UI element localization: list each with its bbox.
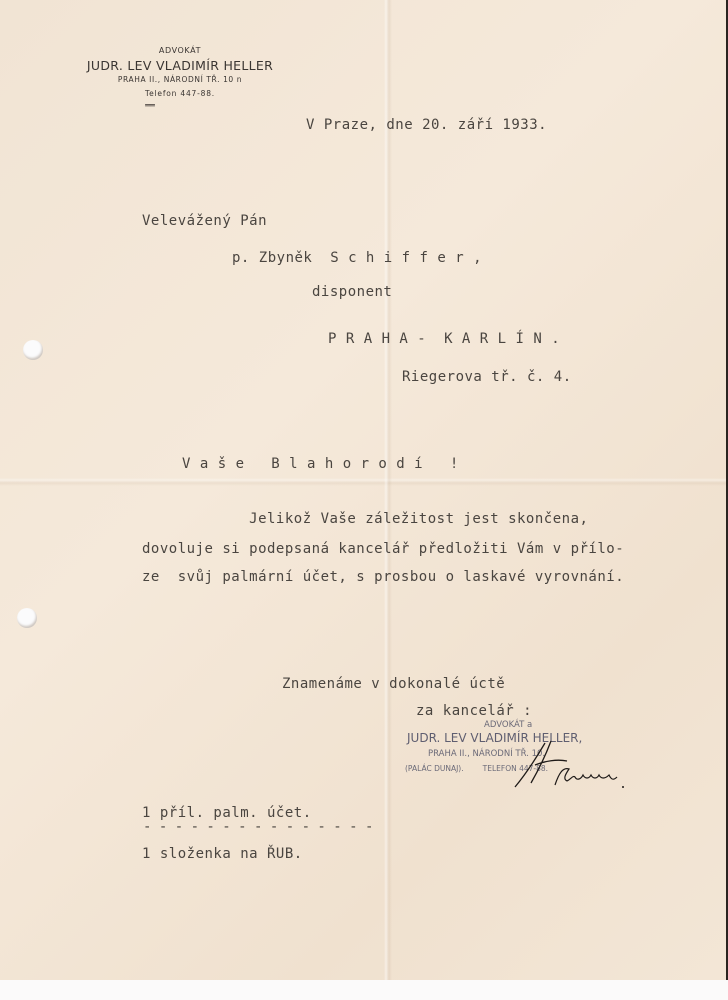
letterhead-rule: ══ (130, 101, 170, 110)
recipient-title: disponent (312, 284, 392, 300)
recipient-name: p. Zbyněk S c h i f f e r , (232, 250, 482, 266)
body-line-2: dovoluje si podepsaná kancelář předložit… (142, 541, 624, 557)
punch-hole (23, 340, 43, 360)
body-line-1: Jelikož Vaše záležitost jest skončena, (142, 511, 588, 527)
stamp-line-1: ADVOKÁT a (484, 720, 532, 730)
greeting: V a š e B l a h o r o d í ! (182, 456, 459, 472)
punch-hole (17, 608, 37, 628)
recipient-salutation: Velevážený Pán (142, 213, 267, 229)
enclosure-item-2: 1 složenka na ŘUB. (142, 846, 303, 862)
closing-line-1: Znamenáme v dokonalé úctě (282, 676, 505, 692)
letterhead-name: JUDR. LEV VLADIMÍR HELLER (70, 58, 290, 73)
enclosure-separator: - - - - - - - - - - - - - - - (143, 819, 373, 835)
body-line-3: ze svůj palmární účet, s prosbou o laska… (142, 569, 624, 585)
closing-line-2: za kancelář : (416, 703, 532, 719)
letterhead-profession: ADVOKÁT (100, 46, 260, 55)
recipient-street: Riegerova tř. č. 4. (402, 369, 572, 385)
letter-paper: ADVOKÁT JUDR. LEV VLADIMÍR HELLER PRAHA … (0, 0, 726, 980)
date-line: V Praze, dne 20. září 1933. (306, 117, 547, 133)
letterhead-address: PRAHA II., NÁRODNÍ TŘ. 10 n (70, 75, 290, 84)
handwritten-signature (505, 735, 635, 795)
recipient-city: P R A H A - K A R L Í N . (328, 331, 560, 347)
letterhead-phone: Telefon 447-88. (90, 89, 270, 98)
